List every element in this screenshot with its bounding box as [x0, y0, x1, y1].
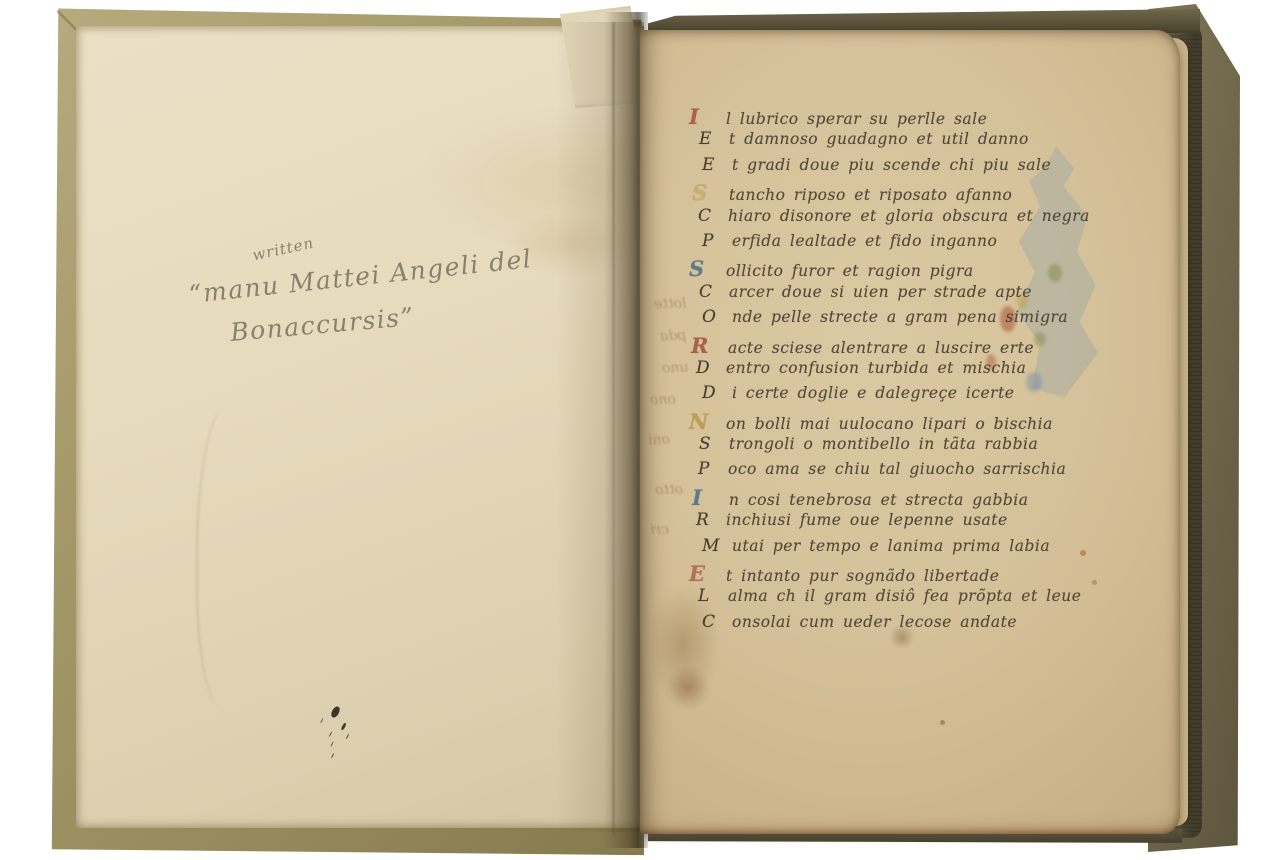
line-text: i certe doglie e dalegreçe icerte: [732, 384, 1014, 402]
manuscript-line: Et damnoso guadagno et util danno: [699, 129, 1146, 154]
line-text: onsolai cum ueder lecose andate: [732, 613, 1017, 631]
manuscript-line: Rinchiusi fume oue lepenne usate: [696, 510, 1146, 535]
line-text: acte sciese alentrare a luscire erte: [728, 339, 1034, 357]
line-initial: D: [702, 383, 732, 403]
line-initial: S: [689, 256, 726, 281]
manuscript-line: Mutai per tempo e lanima prima labia: [702, 536, 1146, 561]
manuscript-line: Perfida lealtade et fido inganno: [702, 231, 1146, 256]
vellum-crease: [196, 406, 258, 706]
line-initial: O: [702, 307, 732, 327]
line-initial: P: [698, 459, 728, 479]
manuscript-text: Il lubrico sperar su perlle sale Et damn…: [696, 104, 1146, 637]
manuscript-line: Di certe doglie e dalegreçe icerte: [702, 383, 1146, 408]
line-text: arcer doue si uien per strade apte: [729, 283, 1032, 301]
showthrough-fragment: pda: [660, 328, 687, 345]
line-initial: E: [689, 561, 726, 586]
manuscript-line: Il lubrico sperar su perlle sale: [696, 104, 1146, 129]
line-text: t damnoso guadagno et util danno: [729, 130, 1029, 148]
line-text: erfida lealtade et fido inganno: [732, 232, 997, 250]
line-text: tancho riposo et riposato afanno: [729, 186, 1012, 204]
manuscript-line: In cosi tenebrosa et strecta gabbia: [699, 485, 1146, 510]
line-initial: R: [691, 333, 728, 358]
showthrough-fragment: otto: [655, 482, 684, 499]
showthrough-fragment: uno: [662, 360, 689, 377]
line-text: on bolli mai uulocano lipari o bischia: [726, 415, 1053, 433]
manuscript-folio: lotte pda uno ono oni otto cri Il lubric…: [640, 30, 1180, 834]
line-initial: N: [689, 409, 726, 434]
line-text: n cosi tenebrosa et strecta gabbia: [729, 491, 1028, 509]
line-initial: C: [698, 206, 728, 226]
manuscript-line: Et intanto pur sognãdo libertade: [696, 561, 1146, 586]
line-text: nde pelle strecte a gram pena simigra: [732, 308, 1068, 326]
manuscript-line: Dentro confusion turbida et mischia: [696, 358, 1146, 383]
manuscript-line: Racte sciese alentrare a luscire erte: [698, 333, 1146, 358]
line-initial: I: [692, 485, 729, 510]
line-initial: D: [696, 358, 726, 378]
line-text: t intanto pur sognãdo libertade: [726, 567, 999, 585]
manuscript-line: Sollicito furor et ragion pigra: [696, 256, 1146, 281]
showthrough-fragment: lotte: [654, 295, 687, 312]
manuscript-line: Onde pelle strecte a gram pena simigra: [702, 307, 1146, 332]
line-text: l lubrico sperar su perlle sale: [726, 110, 987, 128]
line-text: inchiusi fume oue lepenne usate: [726, 511, 1008, 529]
showthrough-fragment: ono: [650, 392, 676, 409]
line-initial: S: [692, 180, 729, 205]
line-text: hiaro disonore et gloria obscura et negr…: [728, 207, 1090, 225]
manuscript-line: Consolai cum ueder lecose andate: [702, 612, 1146, 637]
manuscript-line: Stancho riposo et riposato afanno: [699, 180, 1146, 205]
line-text: entro confusion turbida et mischia: [726, 359, 1026, 377]
line-initial: C: [699, 282, 729, 302]
showthrough-fragment: oni: [648, 432, 670, 449]
manuscript-line: Carcer doue si uien per strade apte: [699, 282, 1146, 307]
line-initial: M: [702, 536, 732, 556]
line-initial: E: [702, 155, 732, 175]
line-initial: L: [698, 586, 728, 606]
manuscript-line: Lalma ch il gram disiô fea prõpta et leu…: [698, 586, 1146, 611]
line-initial: P: [702, 231, 732, 251]
line-initial: C: [702, 612, 732, 632]
line-text: oco ama se chiu tal giuocho sarrischia: [728, 460, 1066, 478]
line-initial: I: [689, 104, 726, 129]
line-initial: S: [699, 434, 729, 454]
manuscript-line: Et gradi doue piu scende chi piu sale: [702, 155, 1146, 180]
line-text: alma ch il gram disiô fea prõpta et leue: [728, 587, 1081, 605]
manuscript-line: Poco ama se chiu tal giuocho sarrischia: [698, 459, 1146, 484]
manuscript-line: Strongoli o montibello in tãta rabbia: [699, 434, 1146, 459]
line-initial: E: [699, 129, 729, 149]
speck: [940, 720, 945, 725]
line-text: t gradi doue piu scende chi piu sale: [732, 156, 1051, 174]
showthrough-fragment: cri: [650, 522, 670, 539]
manuscript-line: Non bolli mai uulocano lipari o bischia: [696, 409, 1146, 434]
line-text: trongoli o montibello in tãta rabbia: [729, 435, 1038, 453]
manuscript-book-photo: written “manu Mattei Angeli del Bonaccur…: [0, 0, 1280, 860]
line-text: utai per tempo e lanima prima labia: [732, 537, 1050, 555]
line-initial: R: [696, 510, 726, 530]
line-text: ollicito furor et ragion pigra: [726, 262, 974, 280]
manuscript-line: Chiaro disonore et gloria obscura et neg…: [698, 206, 1146, 231]
